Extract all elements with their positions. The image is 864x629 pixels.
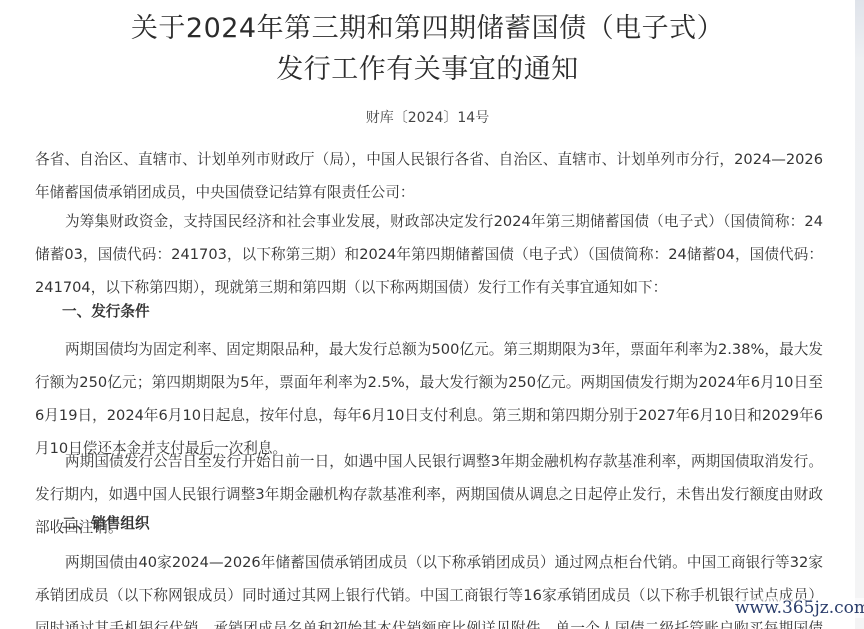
section-heading-sales-organization: 二、销售组织 (62, 512, 150, 533)
sales-organization-paragraph: 两期国债由40家2024—2026年储蓄国债承销团成员（以下称承销团成员）通过网… (35, 546, 823, 629)
document-page: 关于2024年第三期和第四期储蓄国债（电子式） 发行工作有关事宜的通知 财库〔2… (0, 0, 855, 629)
section-heading-issuance-conditions: 一、发行条件 (62, 300, 150, 321)
scrollbar-track (855, 0, 864, 629)
intro-paragraph: 为筹集财政资金，支持国民经济和社会事业发展，财政部决定发行2024年第三期储蓄国… (35, 205, 823, 304)
addressee-paragraph: 各省、自治区、直辖市、计划单列市财政厅（局），中国人民银行各省、自治区、直辖市、… (35, 143, 823, 209)
document-number: 财库〔2024〕14号 (0, 107, 855, 127)
document-title-line-2: 发行工作有关事宜的通知 (0, 47, 855, 86)
document-title-line-1: 关于2024年第三期和第四期储蓄国债（电子式） (0, 6, 855, 45)
watermark-text: www.365jz.com (735, 598, 864, 618)
issuance-conditions-paragraph-2: 两期国债发行公告日至发行开始日前一日，如遇中国人民银行调整3年期金融机构存款基准… (35, 445, 823, 544)
